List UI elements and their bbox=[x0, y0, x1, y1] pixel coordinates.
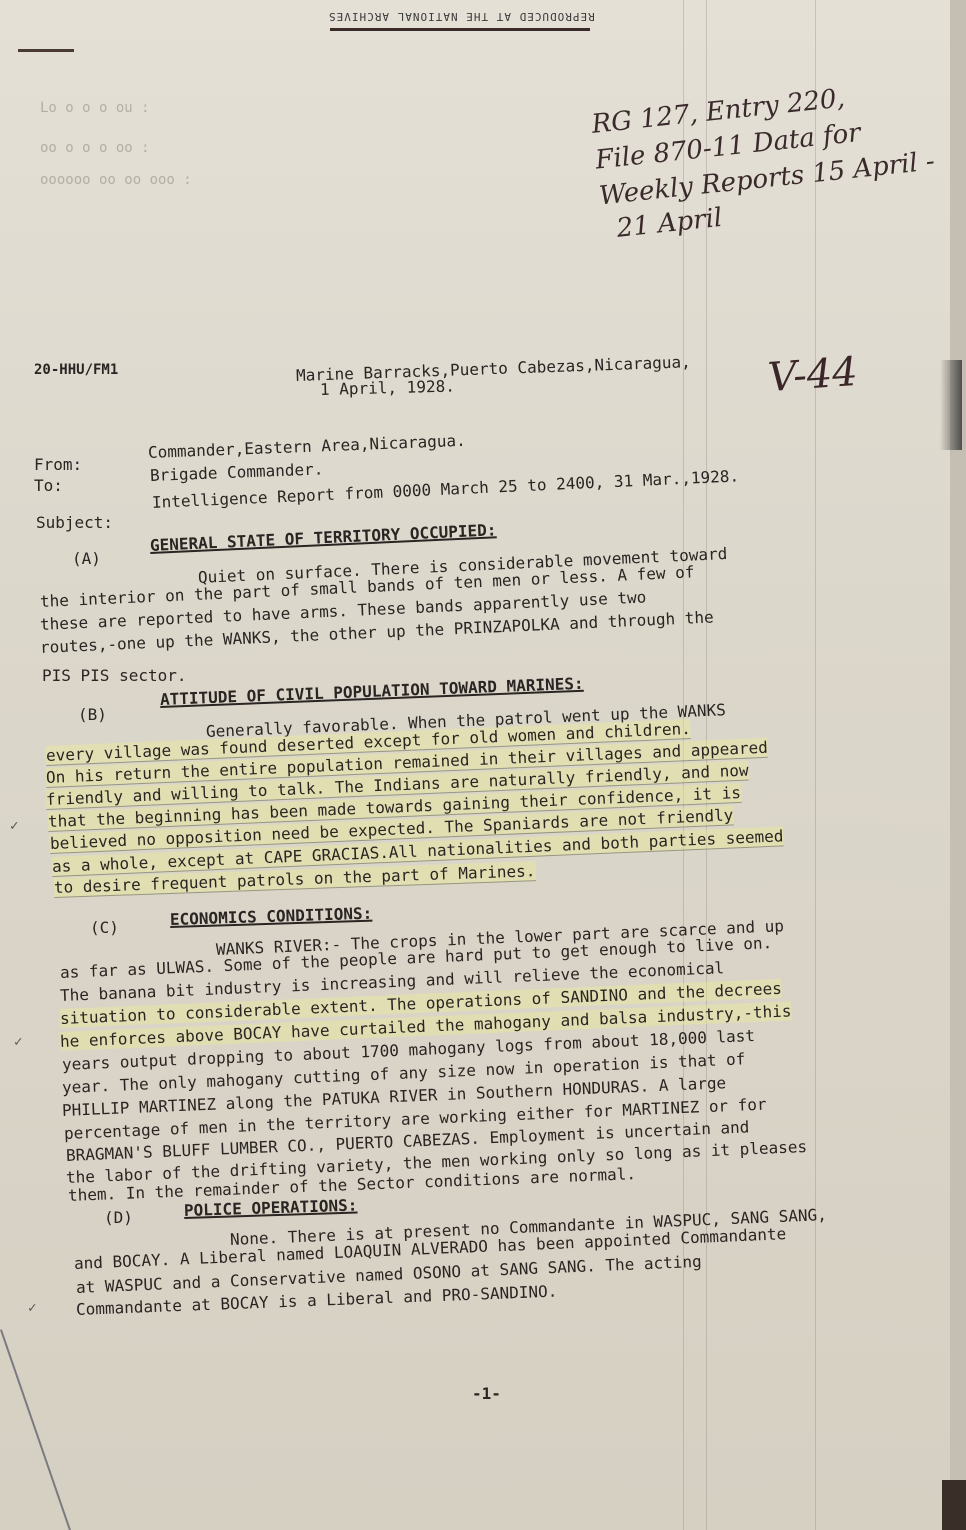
corner-dash bbox=[18, 49, 74, 52]
section-a-letter: (A) bbox=[72, 549, 101, 568]
bleed-through-text: oo o o o oo : bbox=[40, 140, 150, 156]
scan-line bbox=[815, 0, 816, 1530]
section-c-letter: (C) bbox=[90, 918, 119, 937]
to-label: To: bbox=[34, 476, 63, 495]
checkmark-icon: ✓ bbox=[14, 1034, 22, 1050]
from-label: From: bbox=[34, 455, 82, 474]
bleed-through-text: Lo o o o ou : bbox=[40, 100, 150, 116]
binding-shadow bbox=[940, 360, 962, 450]
page-number: -1- bbox=[472, 1384, 501, 1403]
binder-clip bbox=[942, 1480, 966, 1530]
section-b-letter: (B) bbox=[78, 705, 107, 724]
section-a-line: PIS PIS sector. bbox=[42, 666, 187, 685]
stamp-underline bbox=[330, 28, 590, 31]
file-code: 20-HHU/FM1 bbox=[34, 362, 118, 378]
date-line: 1 April, 1928. bbox=[320, 376, 455, 399]
section-d-letter: (D) bbox=[104, 1208, 133, 1227]
page-edge bbox=[950, 0, 966, 1530]
bleed-through-text: oooooo oo oo ooo : bbox=[40, 172, 192, 188]
subject-label: Subject: bbox=[36, 513, 113, 532]
handwritten-mark: V-44 bbox=[767, 349, 860, 401]
checkmark-icon: ✓ bbox=[28, 1300, 36, 1316]
checkmark-icon: ✓ bbox=[10, 818, 18, 834]
archive-stamp: REPRODUCED AT THE NATIONAL ARCHIVES bbox=[328, 10, 595, 23]
